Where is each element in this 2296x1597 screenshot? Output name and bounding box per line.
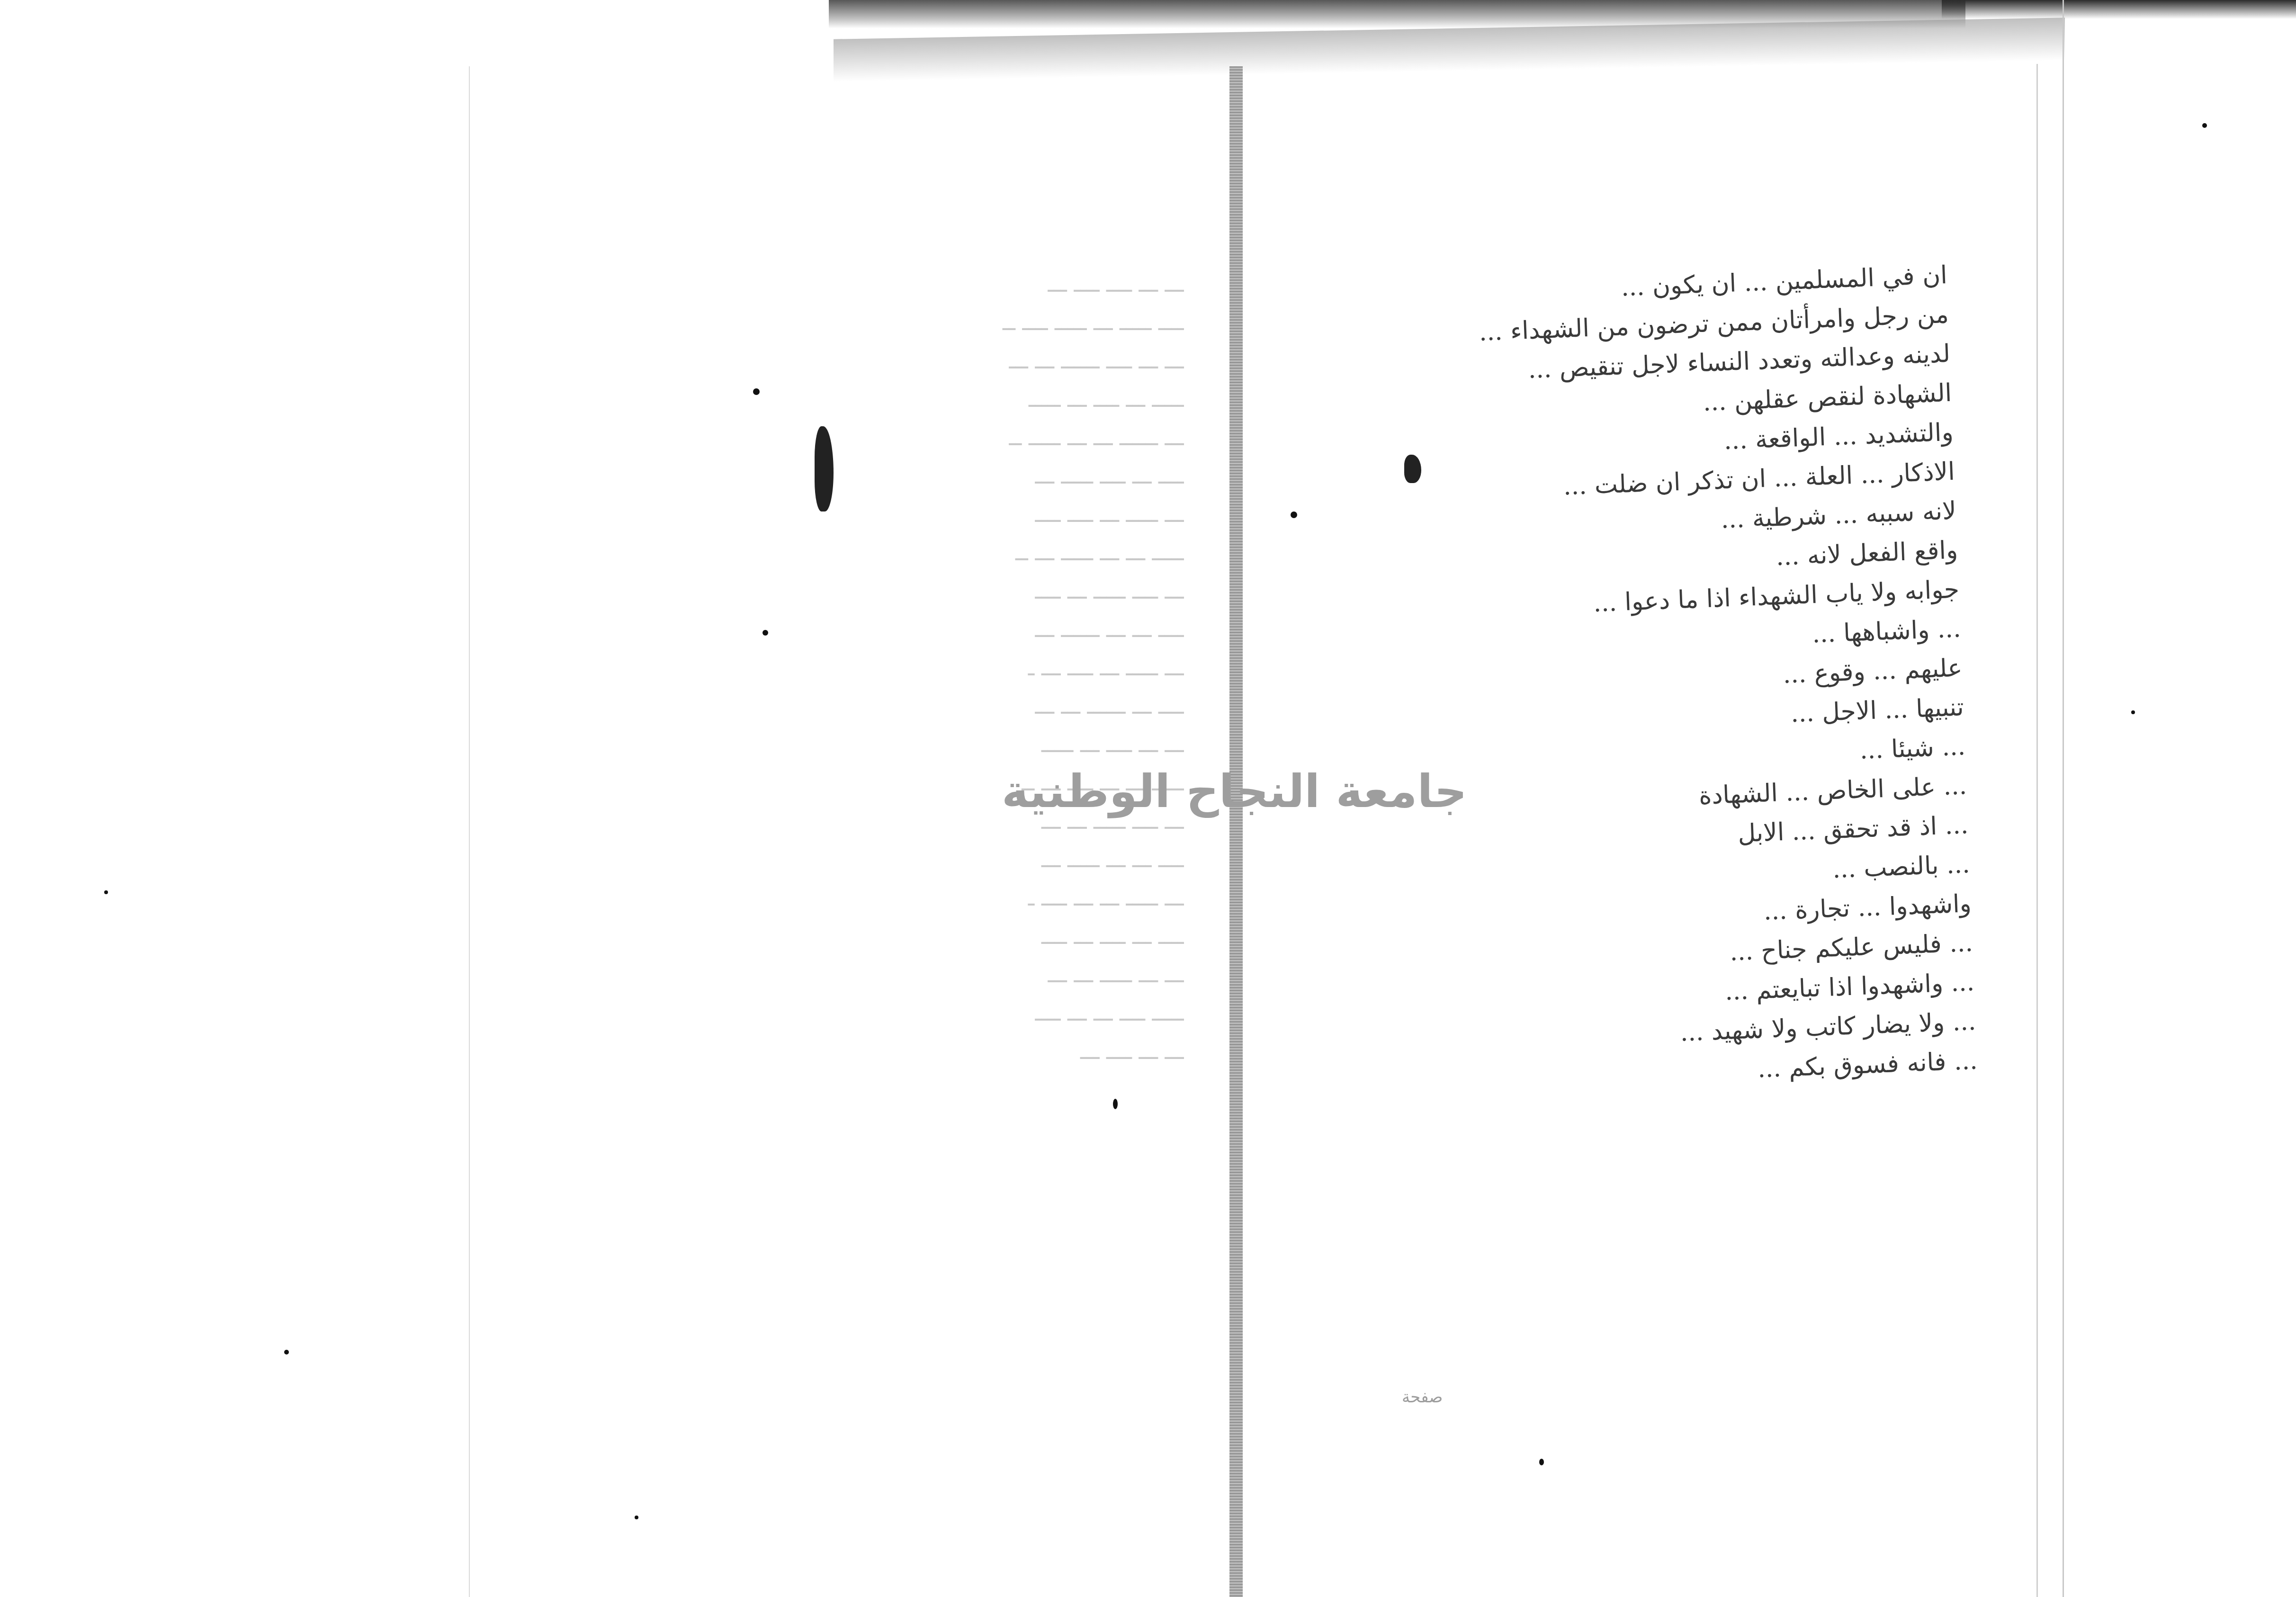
book-gutter [1229, 66, 1243, 1597]
text-line: ـــ ـــ ــــ ــــ ـــ [530, 265, 1184, 304]
speckle [1539, 1459, 1544, 1465]
text-line: ـــــ ــــ ـــ ـــ ــــ [530, 994, 1184, 1032]
text-line: ـــ ـــ ــــ ـــ ـــــ [530, 726, 1184, 764]
text-line: ـــ ـــ ــــ ـــ [530, 1032, 1184, 1071]
text-line: ـــ ـــ ــــ ــــــ ـــ ـــ [530, 342, 1184, 380]
text-line: ــــ ـــــ ـــ ـــــ ــــ ــ [530, 304, 1184, 342]
watermark: جامعة النجاح الوطنية [1002, 765, 1467, 818]
text-line: ــــ ـــ ـــ ـــــ ـــ [530, 841, 1184, 879]
speckle [753, 388, 760, 395]
text-line: ــــ ـــ ــــــ ـــ ـــ [530, 687, 1184, 726]
speckle [762, 630, 768, 636]
speckle [2202, 123, 2207, 128]
left-page-text: ـــ ـــ ــــ ــــ ـــ ــــ ـــــ ـــ ـــ… [530, 265, 1184, 1071]
text-line: ـــــ ـــ ــــ ـــ ـــــ [530, 380, 1184, 419]
text-line: ـــ ــــ ـــــ ـــ ــــ [530, 572, 1184, 610]
speckle [104, 890, 108, 894]
text-line: ــــ ـــ ـــ ــــــ ـــ [530, 610, 1184, 649]
text-line: ـــ ـــــ ـــ ــــ ــــ [530, 495, 1184, 534]
speckle [1113, 1099, 1118, 1109]
scanner-shadow-right [1942, 0, 2296, 19]
text-line: ـــ ـــــ ـــ ــــ ـــ ـ [530, 649, 1184, 687]
text-line: ـــ ــــــ ـــ ـــ ـــــ ــ [530, 419, 1184, 457]
speckle [2131, 710, 2135, 714]
speckle [284, 1350, 289, 1355]
text-line: ــــ ـــ ــــ ـــ ــــ [530, 917, 1184, 956]
right-page-text: ان في المسلمين ... ان يكون ... من رجل وا… [1402, 256, 1978, 1102]
text-line: ـــــ ـــ ـــ ـــــ ـــ ــ [530, 534, 1184, 572]
speckle [635, 1516, 638, 1519]
text-line: ـــ ـــــ ـــ ـــ ــــ ـ [530, 879, 1184, 917]
scan-outer-edge [2063, 0, 2064, 1597]
speckle [1291, 511, 1297, 518]
page-footer-note: صفحة [1402, 1388, 1443, 1407]
manuscript-scan: ـــ ـــ ــــ ــــ ـــ ــــ ـــــ ـــ ـــ… [0, 0, 2296, 1597]
text-line: ـــ ـــ ـــــ ـــ ـــ [530, 956, 1184, 994]
text-line: ــــ ـــ ــــ ـــــ ـــ [530, 457, 1184, 495]
